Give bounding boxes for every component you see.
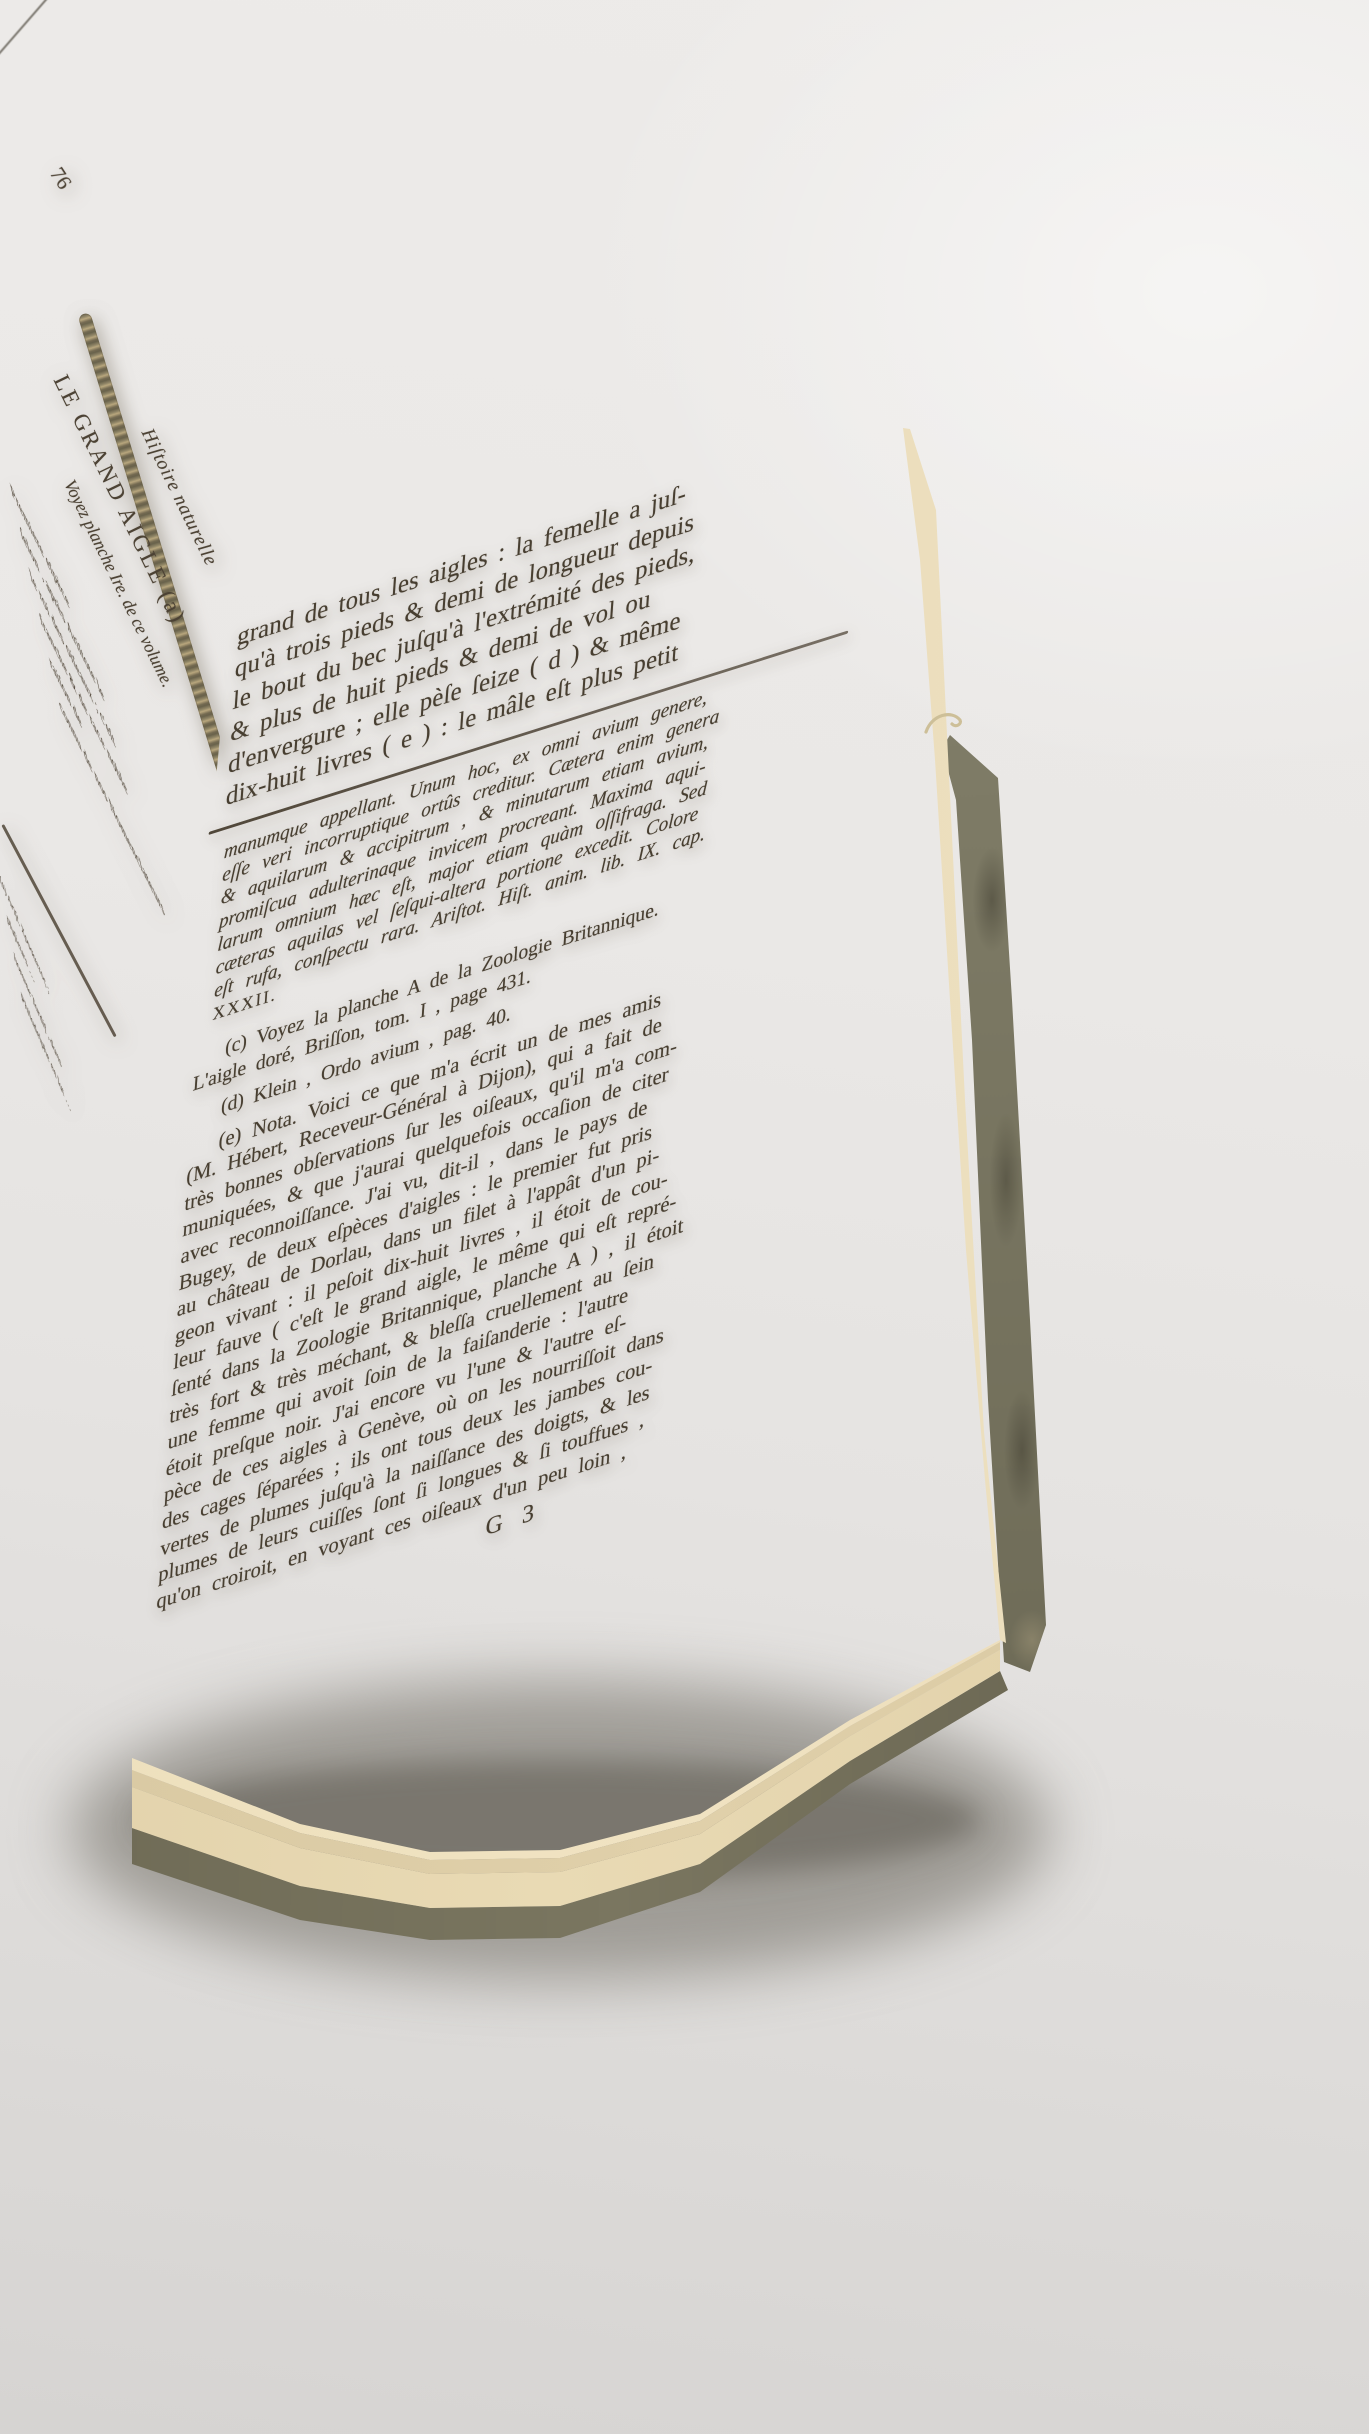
page-corner-seam xyxy=(0,0,53,59)
book-photograph: du grand Aigle. 77 ſous le nom d'aigle d… xyxy=(0,0,1369,2434)
right-page-text: du grand Aigle. 77 ſous le nom d'aigle d… xyxy=(153,342,896,1649)
thread-fiber xyxy=(922,708,968,742)
page-number: 76 xyxy=(44,163,76,194)
left-page-footnote-fragments: (a) Ariſt. Χρυσαετος ;pluſieurs …homme T… xyxy=(0,858,153,1309)
footnote-line: homme Tardif , dans xyxy=(10,937,145,1270)
footnote-line: pluſieurs … xyxy=(3,897,138,1230)
footnote-line: (a) Ariſt. Χρυσαετος ; xyxy=(0,858,131,1191)
footnote-line: Philadelphe en lat … xyxy=(18,976,153,1309)
running-header: du grand Aigle. xyxy=(371,460,528,538)
page-number: 77 xyxy=(785,368,815,405)
